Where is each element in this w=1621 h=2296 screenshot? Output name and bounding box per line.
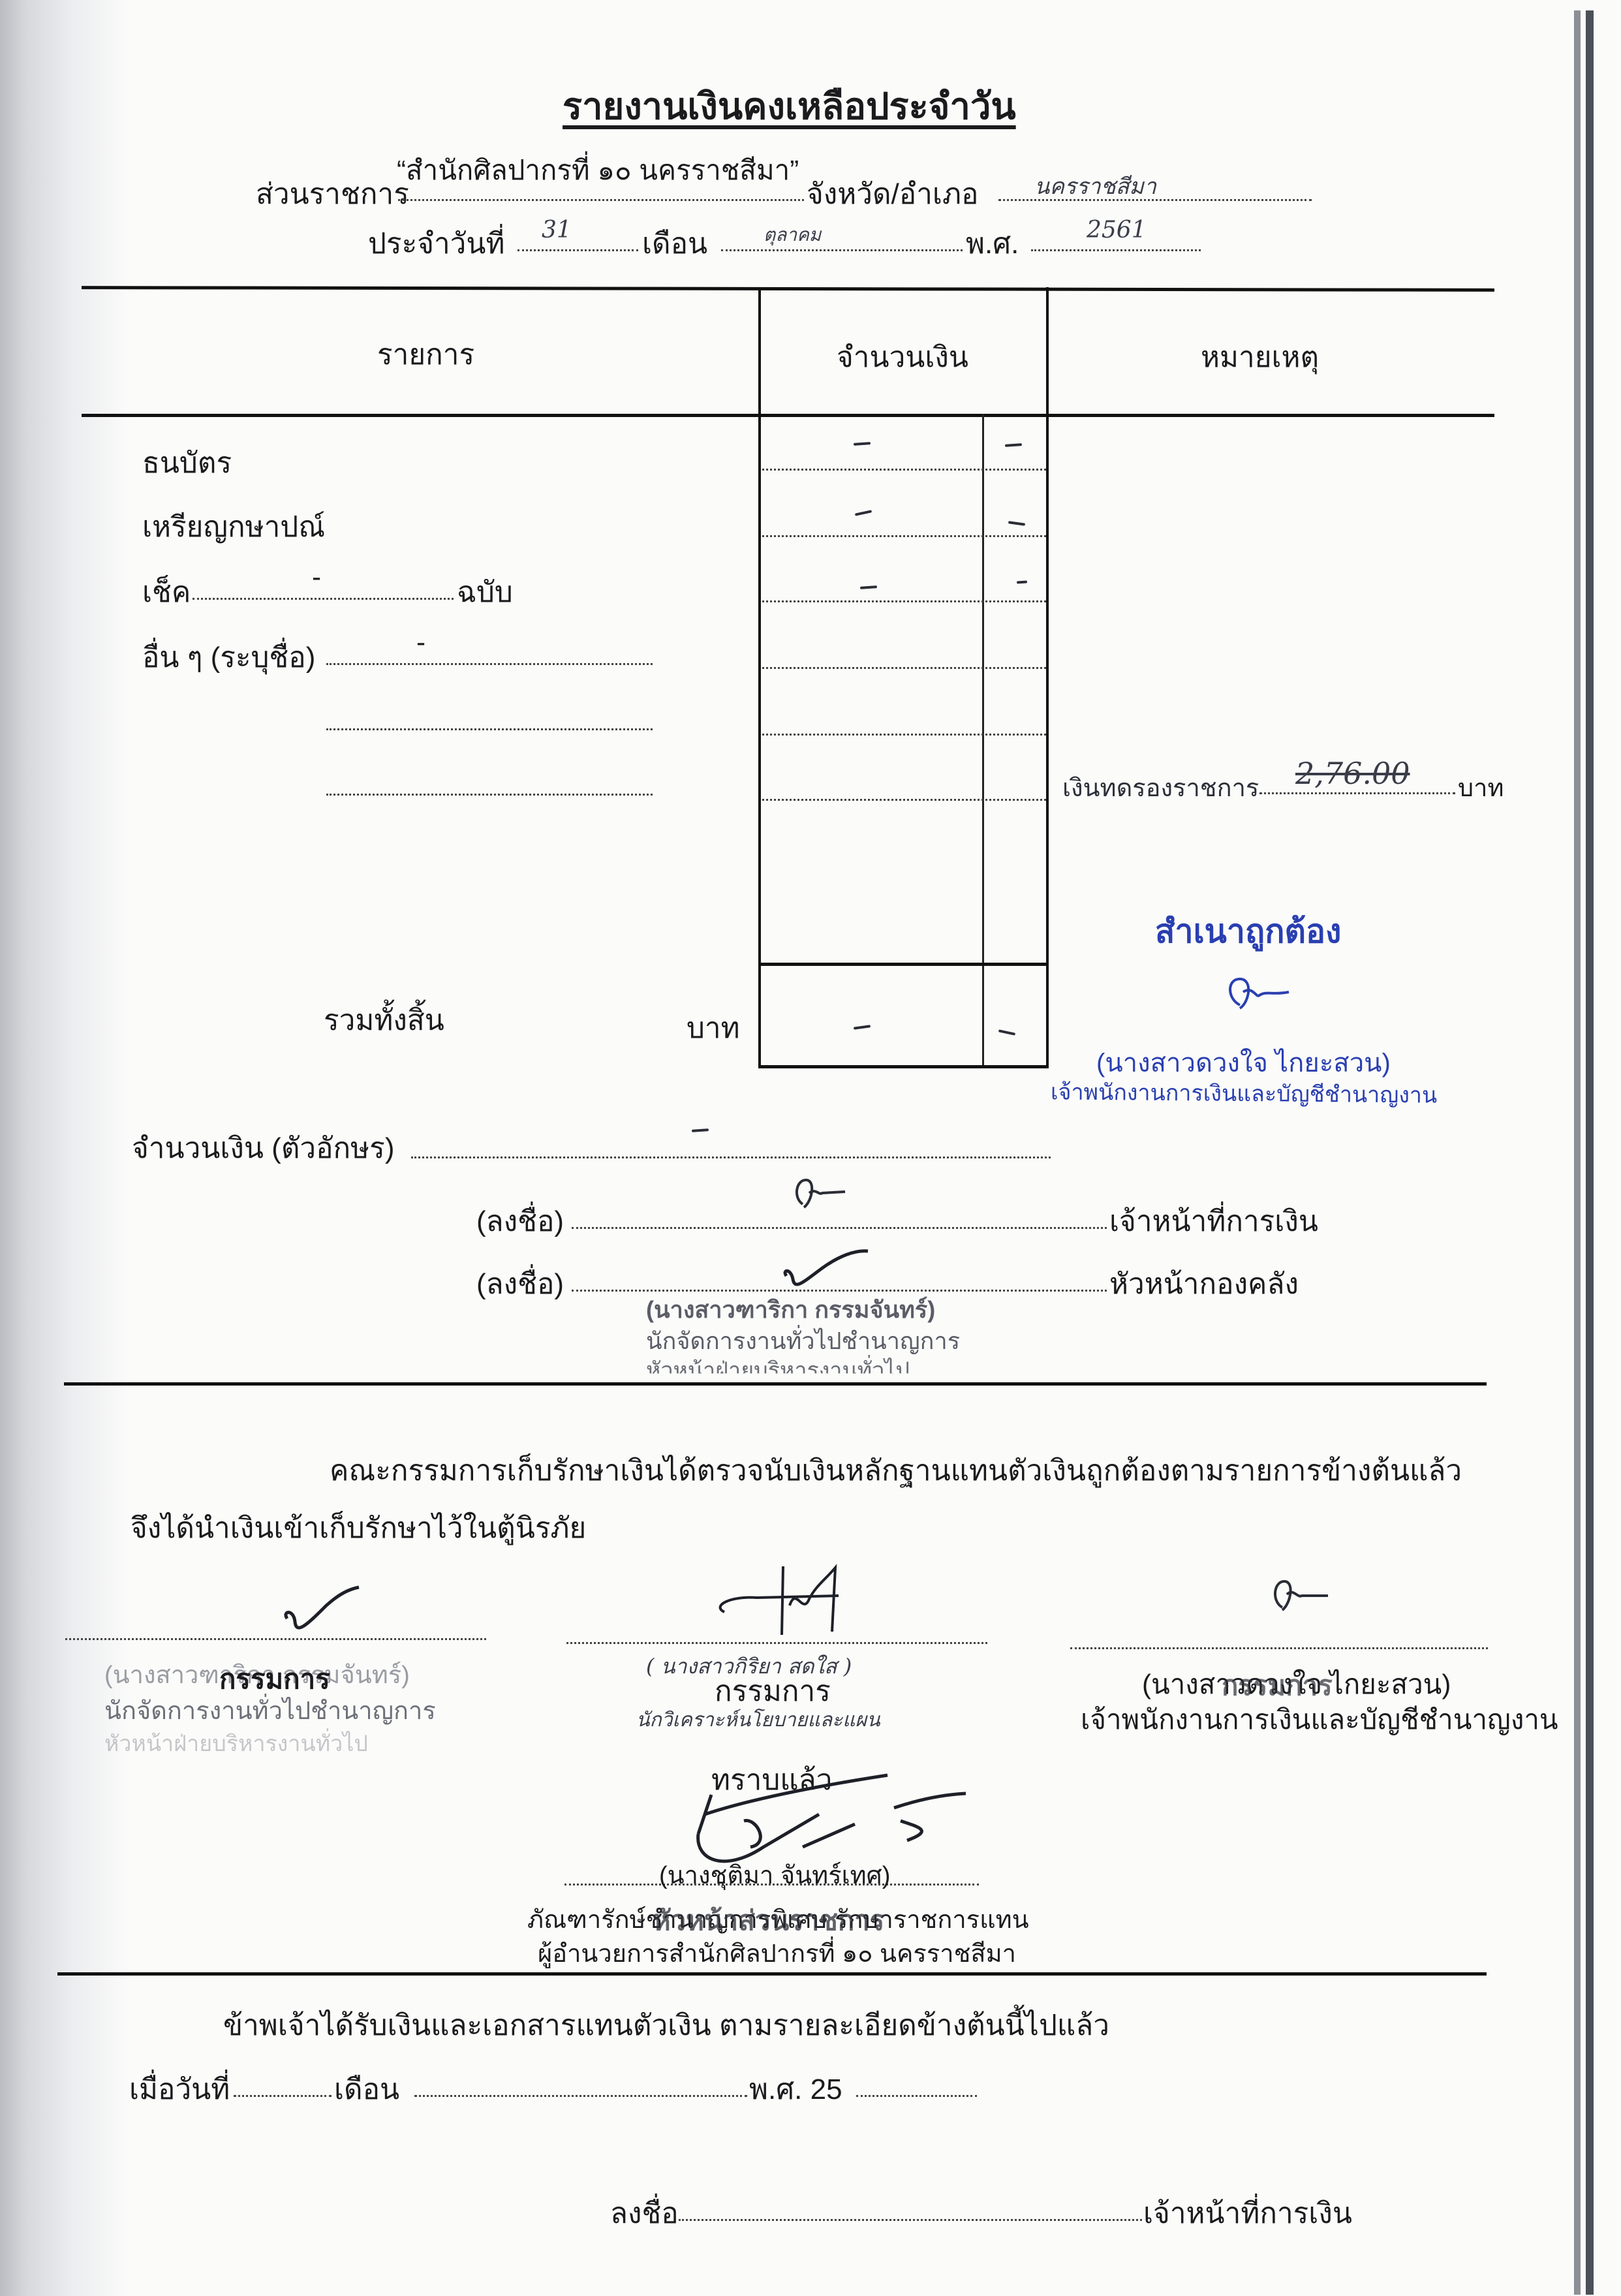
cheque-satang-value bbox=[1017, 580, 1027, 583]
receipt-year-label: พ.ศ. 25 bbox=[749, 2066, 842, 2112]
receipt-day-dotted-line bbox=[234, 2095, 332, 2097]
row-banknotes-label: ธนบัตร bbox=[142, 440, 232, 486]
total-baht-value bbox=[854, 1025, 871, 1030]
province-value: นครราชสีมา bbox=[1034, 168, 1156, 204]
committee-3-position: เจ้าพนักงานการเงินและบัญชีชำนาญงาน bbox=[1081, 1698, 1558, 1741]
date-label: ประจำวันที่ bbox=[368, 221, 504, 266]
receipt-role: เจ้าหน้าที่การเงิน bbox=[1143, 2190, 1352, 2236]
month-value: ตุลาคม bbox=[764, 221, 821, 249]
sign-role-finance: เจ้าหน้าที่การเงิน bbox=[1109, 1198, 1318, 1244]
receipt-date-label: เมื่อวันที่ bbox=[129, 2066, 230, 2112]
header-amount: จำนวนเงิน bbox=[837, 334, 968, 380]
scan-edge-shadow bbox=[0, 0, 131, 2296]
coins-satang-value bbox=[1008, 521, 1025, 526]
certified-copy-stamp-title: สำเนาถูกต้อง bbox=[1155, 906, 1341, 957]
amount-col-left-border bbox=[758, 287, 761, 1068]
committee-1-position: นักจัดการงานทั่วไปชำนาญการ bbox=[104, 1690, 436, 1730]
cheque-baht-value bbox=[860, 585, 877, 589]
amount-row-line bbox=[762, 799, 1046, 801]
treasury-head-signature-icon bbox=[777, 1243, 874, 1295]
agency-value: “สำนักศิลปากรที่ ๑๐ นครราชสีมา” bbox=[397, 149, 799, 192]
committee-1-position2: หัวหน้าฝ่ายบริหารงานทั่วไป bbox=[104, 1726, 368, 1761]
header-remarks: หมายเหตุ bbox=[1201, 334, 1319, 380]
banknotes-baht-value bbox=[854, 442, 871, 446]
certified-signature-icon bbox=[1220, 972, 1299, 1018]
receipt-month-label: เดือน bbox=[334, 2066, 399, 2112]
table-top-rule bbox=[82, 286, 1494, 292]
agency-dotted-line bbox=[398, 199, 804, 201]
committee-3-dotted-line bbox=[1070, 1647, 1488, 1649]
year-value: 2561 bbox=[1087, 217, 1147, 243]
satang-divider bbox=[982, 414, 984, 1066]
coins-baht-value bbox=[855, 510, 872, 516]
total-top-rule bbox=[758, 963, 1049, 966]
amount-words-label: จำนวนเงิน (ตัวอักษร) bbox=[132, 1125, 394, 1171]
amount-words-value bbox=[692, 1128, 709, 1132]
scan-border-right-strip bbox=[1586, 10, 1594, 2295]
amount-words-dotted-line bbox=[411, 1156, 1051, 1158]
finance-officer-signature-icon bbox=[790, 1175, 855, 1214]
province-label: จังหวัด/อำเภอ bbox=[807, 171, 978, 217]
committee-2-signature-icon bbox=[705, 1560, 855, 1638]
other-extra-line-1 bbox=[326, 728, 653, 730]
total-bottom-rule bbox=[758, 1065, 1049, 1068]
receipt-year-dotted-line bbox=[856, 2095, 977, 2097]
year-label: พ.ศ. bbox=[966, 221, 1019, 266]
receipt-month-dotted-line bbox=[414, 2095, 747, 2097]
cheque-count-value: - bbox=[312, 561, 321, 593]
committee-3-signature-icon bbox=[1266, 1576, 1338, 1615]
certified-stamp-position: เจ้าพนักงานการเงินและบัญชีชำนาญงาน bbox=[1051, 1074, 1438, 1112]
sign-prefix-treasury: (ลงชื่อ) bbox=[476, 1261, 564, 1307]
row-coins-label: เหรียญกษาปณ์ bbox=[142, 504, 325, 550]
other-name-dotted-line bbox=[326, 663, 653, 665]
total-satang-value bbox=[998, 1029, 1015, 1035]
sign-finance-dotted-line bbox=[572, 1227, 1107, 1229]
receipt-sign-dotted-line bbox=[679, 2219, 1142, 2221]
committee-statement-line2: จึงได้นำเงินเข้าเก็บรักษาไว้ในตู้นิรภัย bbox=[131, 1505, 586, 1551]
advance-label: เงินทดรองราชการ bbox=[1062, 768, 1259, 807]
sign-prefix-finance: (ลงชื่อ) bbox=[476, 1198, 564, 1244]
day-value: 31 bbox=[542, 217, 572, 243]
total-unit: บาท bbox=[687, 1005, 740, 1051]
committee-statement-line1: คณะกรรมการเก็บรักษาเงินได้ตรวจนับเงินหลั… bbox=[330, 1448, 1462, 1493]
other-extra-line-2 bbox=[326, 794, 653, 796]
acknowledge-position2: ผู้อำนวยการสำนักศิลปากรที่ ๑๐ นครราชสีมา bbox=[538, 1933, 1016, 1973]
receipt-statement: ข้าพเจ้าได้รับเงินและเอกสารแทนตัวเงิน ตา… bbox=[223, 2002, 1109, 2048]
committee-1-signature-icon bbox=[274, 1579, 365, 1638]
amount-row-line bbox=[762, 469, 1046, 471]
committee-1-dotted-line bbox=[65, 1638, 486, 1640]
month-label: เดือน bbox=[642, 221, 707, 266]
committee-2-dotted-line bbox=[566, 1642, 987, 1644]
row-cheque-suffix: ฉบับ bbox=[457, 569, 513, 615]
agency-label: ส่วนราชการ bbox=[256, 171, 409, 217]
amount-row-line bbox=[762, 734, 1046, 736]
amount-row-line bbox=[762, 600, 1046, 602]
acknowledge-name: (นางชุติมา จันทร์เทศ) bbox=[659, 1855, 890, 1895]
table-header-rule bbox=[82, 414, 1494, 417]
row-other-label: อื่น ๆ (ระบุชื่อ) bbox=[142, 634, 315, 680]
receipt-sign-label: ลงชื่อ bbox=[610, 2190, 679, 2236]
month-dotted-line bbox=[721, 249, 963, 251]
banknotes-satang-value bbox=[1005, 443, 1022, 447]
advance-dotted-line bbox=[1259, 792, 1455, 794]
section-divider-1 bbox=[64, 1382, 1487, 1386]
advance-unit: บาท bbox=[1458, 768, 1504, 807]
amount-row-line bbox=[762, 535, 1046, 537]
scan-border-left-strip bbox=[1574, 10, 1581, 2295]
cheque-count-dotted-line bbox=[193, 598, 454, 600]
other-name-value: - bbox=[416, 627, 425, 658]
total-label: รวมทั้งสิ้น bbox=[324, 997, 444, 1043]
sign-role-treasury: หัวหน้ากองคลัง bbox=[1109, 1261, 1299, 1307]
amount-row-line bbox=[762, 667, 1046, 669]
page-title: รายงานเงินคงเหลือประจำวัน bbox=[563, 77, 1016, 135]
advance-value: 2,76.00 bbox=[1295, 756, 1410, 791]
amount-col-right-border bbox=[1046, 287, 1049, 1068]
committee-2-position: นักวิเคราะห์นโยบายและแผน bbox=[636, 1705, 880, 1735]
row-cheque-label: เช็ค bbox=[142, 569, 191, 615]
day-dotted-line bbox=[517, 249, 638, 251]
section-divider-2 bbox=[57, 1972, 1487, 1976]
header-items: รายการ bbox=[377, 332, 474, 377]
year-dotted-line bbox=[1031, 249, 1201, 251]
